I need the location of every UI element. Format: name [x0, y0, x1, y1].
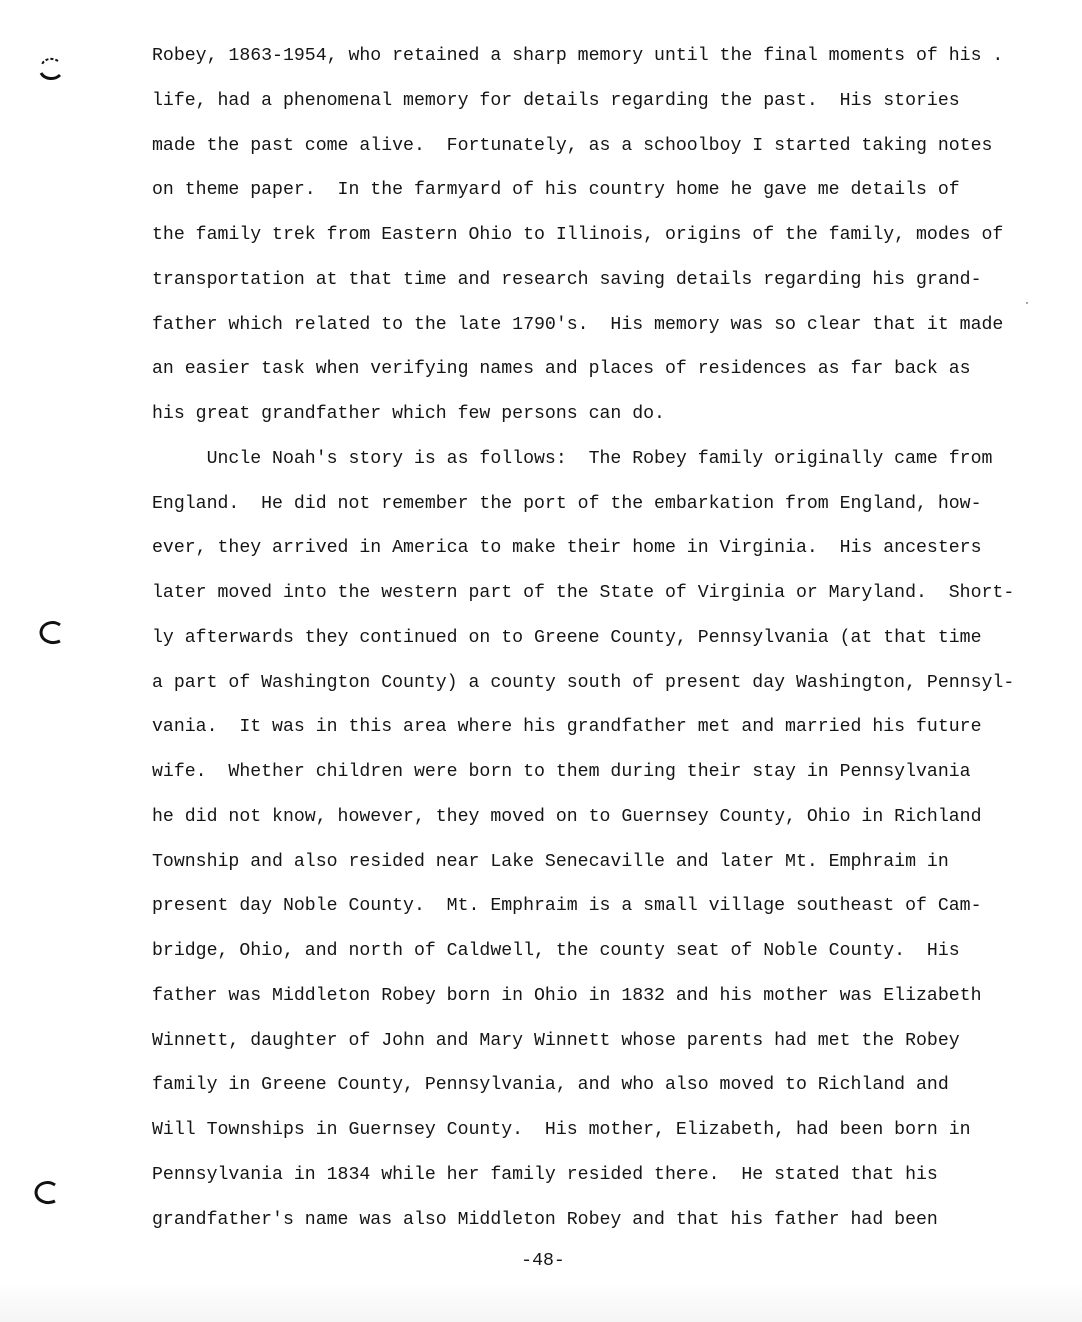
punch-hole-icon [33, 1180, 59, 1206]
text-line: Pennsylvania in 1834 while her family re… [152, 1163, 1052, 1208]
text-line: vania. It was in this area where his gra… [152, 715, 1052, 760]
text-line: Will Townships in Guernsey County. His m… [152, 1118, 1052, 1163]
text-line: Winnett, daughter of John and Mary Winne… [152, 1029, 1052, 1074]
punch-hole-icon [38, 56, 64, 82]
body-text: Robey, 1863-1954, who retained a sharp m… [152, 44, 1052, 1252]
text-line: on theme paper. In the farmyard of his c… [152, 178, 1052, 223]
page-number: -48- [0, 1251, 1082, 1271]
punch-hole-icon [38, 620, 64, 646]
text-line: life, had a phenomenal memory for detail… [152, 89, 1052, 134]
document-page: Robey, 1863-1954, who retained a sharp m… [0, 0, 1082, 1322]
text-line: ly afterwards they continued on to Green… [152, 626, 1052, 671]
text-line: an easier task when verifying names and … [152, 357, 1052, 402]
text-line: England. He did not remember the port of… [152, 492, 1052, 537]
text-line: father which related to the late 1790's.… [152, 313, 1052, 358]
text-line: transportation at that time and research… [152, 268, 1052, 313]
text-line: father was Middleton Robey born in Ohio … [152, 984, 1052, 1029]
text-line: grandfather's name was also Middleton Ro… [152, 1208, 1052, 1253]
text-line: later moved into the western part of the… [152, 581, 1052, 626]
text-line: the family trek from Eastern Ohio to Ill… [152, 223, 1052, 268]
text-line: wife. Whether children were born to them… [152, 760, 1052, 805]
text-line: ever, they arrived in America to make th… [152, 536, 1052, 581]
text-line: made the past come alive. Fortunately, a… [152, 134, 1052, 179]
text-line: his great grandfather which few persons … [152, 402, 1052, 447]
text-line: Uncle Noah's story is as follows: The Ro… [152, 447, 1052, 492]
text-line: a part of Washington County) a county so… [152, 671, 1052, 716]
text-line: family in Greene County, Pennsylvania, a… [152, 1073, 1052, 1118]
text-line: Robey, 1863-1954, who retained a sharp m… [152, 44, 1052, 89]
text-line: Township and also resided near Lake Sene… [152, 850, 1052, 895]
text-line: he did not know, however, they moved on … [152, 805, 1052, 850]
text-line: bridge, Ohio, and north of Caldwell, the… [152, 939, 1052, 984]
text-line: present day Noble County. Mt. Emphraim i… [152, 894, 1052, 939]
